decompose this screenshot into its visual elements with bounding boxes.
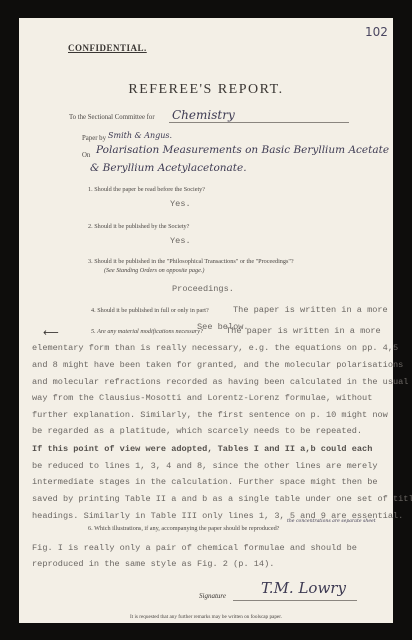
body-line: be regarded as a platitude, which scarce… [32,426,362,436]
signature-label: Signature [199,592,226,600]
illustrations-line: Fig. I is really only a pair of chemical… [32,543,357,553]
paper-authors: Smith & Angus. [108,131,172,140]
body-line: be reduced to lines 1, 3, 4 and 8, since… [32,461,378,471]
body-line: further explanation. Similarly, the firs… [32,410,388,420]
page-number: 102 [365,25,388,39]
answer-1: Yes. [170,199,191,209]
body-line: way from the Clausius-Mosotti and Lorent… [32,393,372,403]
paper-title-line2: & Beryllium Acetylacetonate. [90,162,247,174]
committee-line [169,122,349,123]
question-2: 2. Should it be published by the Society… [88,223,189,230]
signature-line [233,600,357,601]
body-line: intermediate stages in the calculation. … [32,477,378,487]
question-5: 5. Are any material modifications necess… [91,328,203,335]
page-title: REFEREE'S REPORT. [19,82,393,98]
answer-2: Yes. [170,236,191,246]
body-line: If this point of view were adopted, Tabl… [32,444,372,454]
body-line: elementary form than is really necessary… [32,343,398,353]
illustrations-line: reproduced in the same style as Fig. 2 (… [32,559,274,569]
committee-value: Chemistry [172,108,235,122]
committee-label: To the Sectional Committee for [69,114,155,121]
question-3: 3. Should it be published in the "Philos… [88,258,294,265]
answer-5-inline: The paper is written in a more [226,326,381,336]
body-line: saved by printing Table II a and b as a … [32,494,412,504]
answer-4-inline: The paper is written in a more [233,305,388,315]
paper-title-line1: Polarisation Measurements on Basic Beryl… [96,144,389,156]
body-line: and 8 might have been taken for granted,… [32,360,403,370]
arrow-left-icon: ⟵ [43,326,59,339]
body-line: and molecular refractions recorded as ha… [32,377,408,387]
marginal-note: the concentrations are separate sheet [287,519,376,524]
referee-report-page: 102 CONFIDENTIAL. REFEREE'S REPORT. To t… [19,18,393,623]
answer-3: Proceedings. [172,284,234,294]
question-4: 4. Should it be published in full or onl… [91,307,209,314]
signature-value: T.M. Lowry [261,579,346,597]
question-3-note: (See Standing Orders on opposite page.) [104,267,204,274]
paper-on-label: On [82,152,90,159]
confidential-label: CONFIDENTIAL. [68,43,147,53]
question-6: 6. Which illustrations, if any, accompan… [88,525,279,532]
paper-by-label: Paper by [82,135,106,142]
footnote: It is requested that any further remarks… [19,614,393,620]
question-1: 1. Should the paper be read before the S… [88,186,205,193]
